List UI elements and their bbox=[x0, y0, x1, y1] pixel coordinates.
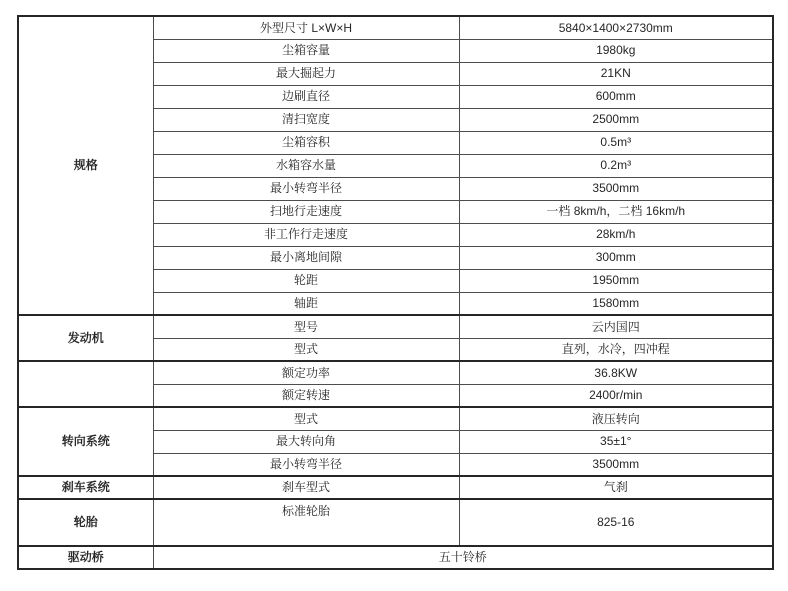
value-cell: 21KN bbox=[459, 62, 773, 85]
category-cell: 转向系统 bbox=[18, 407, 153, 476]
param-cell: 轴距 bbox=[153, 292, 459, 315]
value-cell: 3500mm bbox=[459, 177, 773, 200]
param-cell: 最小转弯半径 bbox=[153, 453, 459, 476]
value-cell: 0.5m³ bbox=[459, 131, 773, 154]
value-cell: 3500mm bbox=[459, 453, 773, 476]
table-row: 刹车系统刹车型式气刹 bbox=[18, 476, 773, 499]
param-cell: 尘箱容量 bbox=[153, 39, 459, 62]
param-cell: 尘箱容积 bbox=[153, 131, 459, 154]
table-row: 额定功率36.8KW bbox=[18, 361, 773, 384]
value-cell: 825-16 bbox=[459, 499, 773, 546]
spec-sheet-page: 规格外型尺寸 L×W×H5840×1400×2730mm尘箱容量1980kg最大… bbox=[0, 0, 788, 591]
value-cell: 直列，水冷，四冲程 bbox=[459, 338, 773, 361]
table-row: 驱动桥五十铃桥 bbox=[18, 546, 773, 569]
param-cell: 最大掘起力 bbox=[153, 62, 459, 85]
param-cell: 水箱容水量 bbox=[153, 154, 459, 177]
category-cell: 刹车系统 bbox=[18, 476, 153, 499]
param-cell: 最小转弯半径 bbox=[153, 177, 459, 200]
value-cell: 1980kg bbox=[459, 39, 773, 62]
param-cell: 型式 bbox=[153, 338, 459, 361]
param-cell: 最大转向角 bbox=[153, 430, 459, 453]
category-cell: 发动机 bbox=[18, 315, 153, 361]
table-row: 转向系统型式液压转向 bbox=[18, 407, 773, 430]
merged-value-cell: 五十铃桥 bbox=[153, 546, 773, 569]
category-cell: 规格 bbox=[18, 16, 153, 315]
value-cell: 5840×1400×2730mm bbox=[459, 16, 773, 39]
value-cell: 气刹 bbox=[459, 476, 773, 499]
value-cell: 2400r/min bbox=[459, 384, 773, 407]
category-cell bbox=[18, 361, 153, 407]
param-cell: 额定转速 bbox=[153, 384, 459, 407]
value-cell: 液压转向 bbox=[459, 407, 773, 430]
param-cell: 刹车型式 bbox=[153, 476, 459, 499]
param-cell: 型号 bbox=[153, 315, 459, 338]
value-cell: 300mm bbox=[459, 246, 773, 269]
param-cell: 型式 bbox=[153, 407, 459, 430]
value-cell: 1950mm bbox=[459, 269, 773, 292]
table-row: 发动机型号云内国四 bbox=[18, 315, 773, 338]
param-cell: 最小离地间隙 bbox=[153, 246, 459, 269]
value-cell: 0.2m³ bbox=[459, 154, 773, 177]
spec-table-body: 规格外型尺寸 L×W×H5840×1400×2730mm尘箱容量1980kg最大… bbox=[18, 16, 773, 569]
table-row: 轮胎标准轮胎825-16 bbox=[18, 499, 773, 546]
param-cell: 轮距 bbox=[153, 269, 459, 292]
value-cell: 28km/h bbox=[459, 223, 773, 246]
value-cell: 1580mm bbox=[459, 292, 773, 315]
param-cell: 清扫宽度 bbox=[153, 108, 459, 131]
category-cell: 轮胎 bbox=[18, 499, 153, 546]
param-cell: 边刷直径 bbox=[153, 85, 459, 108]
value-cell: 36.8KW bbox=[459, 361, 773, 384]
param-cell: 扫地行走速度 bbox=[153, 200, 459, 223]
param-cell: 外型尺寸 L×W×H bbox=[153, 16, 459, 39]
value-cell: 云内国四 bbox=[459, 315, 773, 338]
param-cell: 额定功率 bbox=[153, 361, 459, 384]
param-cell: 非工作行走速度 bbox=[153, 223, 459, 246]
value-cell: 35±1° bbox=[459, 430, 773, 453]
param-cell: 标准轮胎 bbox=[153, 499, 459, 546]
spec-table: 规格外型尺寸 L×W×H5840×1400×2730mm尘箱容量1980kg最大… bbox=[17, 15, 774, 570]
value-cell: 600mm bbox=[459, 85, 773, 108]
table-row: 规格外型尺寸 L×W×H5840×1400×2730mm bbox=[18, 16, 773, 39]
category-cell: 驱动桥 bbox=[18, 546, 153, 569]
value-cell: 2500mm bbox=[459, 108, 773, 131]
value-cell: 一档 8km/h，二档 16km/h bbox=[459, 200, 773, 223]
